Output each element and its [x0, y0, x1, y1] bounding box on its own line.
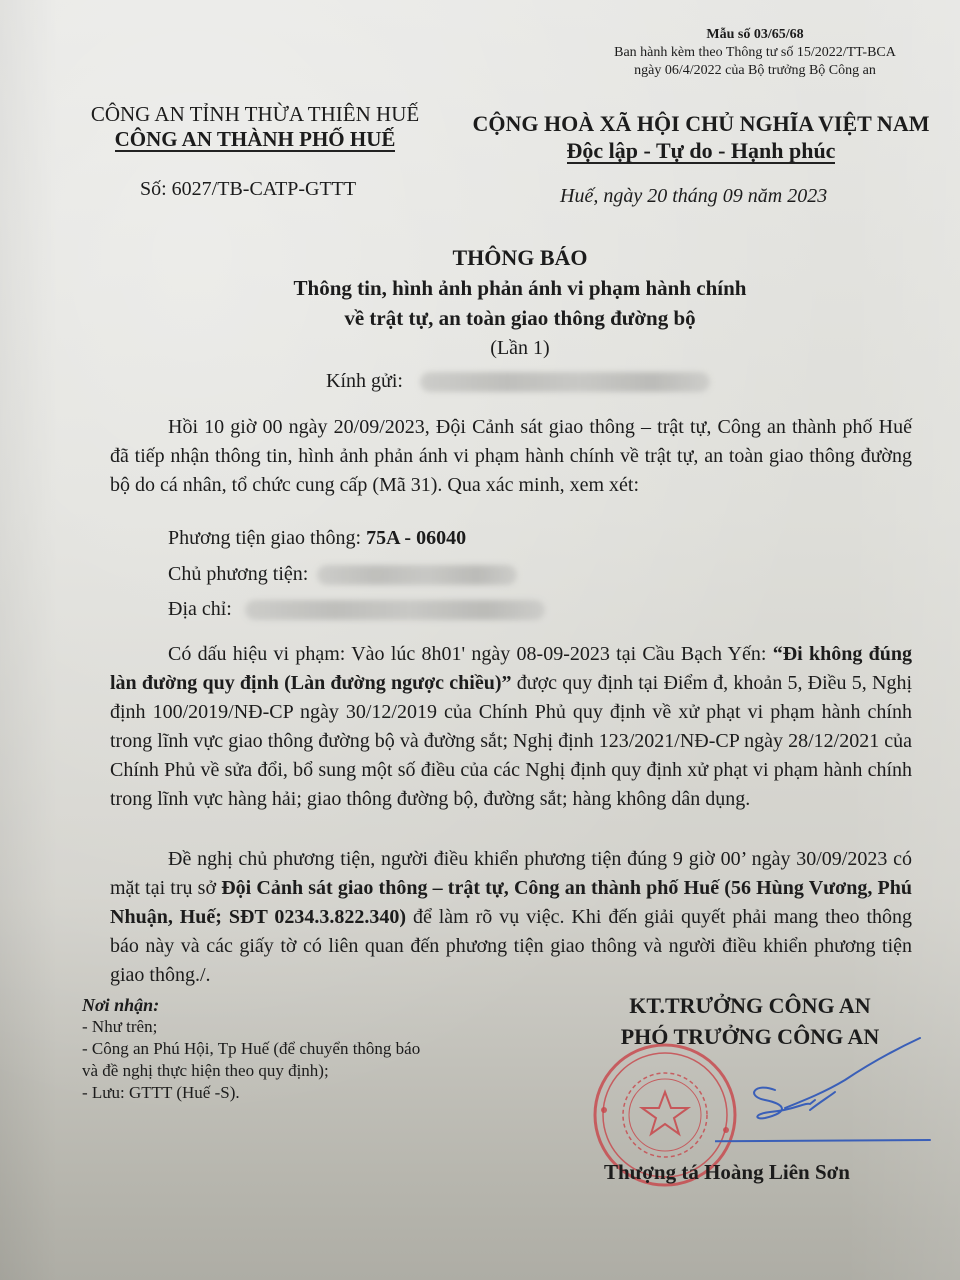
title-line2: về trật tự, an toàn giao thông đường bộ	[200, 303, 840, 333]
recipient-label: Kính gửi:	[326, 370, 403, 392]
paragraph-request: Đề nghị chủ phương tiện, người điều khiể…	[110, 845, 912, 990]
recipients-item: - Lưu: GTTT (Huế -S).	[82, 1082, 420, 1104]
country-name: CỘNG HOÀ XÃ HỘI CHỦ NGHĨA VIỆT NAM	[462, 110, 940, 137]
paragraph-intro: Hồi 10 giờ 00 ngày 20/09/2023, Đội Cảnh …	[110, 413, 912, 500]
signer-name: Thượng tá Hoàng Liên Sơn	[604, 1160, 850, 1185]
national-header: CỘNG HOÀ XÃ HỘI CHỦ NGHĨA VIỆT NAM Độc l…	[462, 110, 940, 164]
address-field: Địa chỉ:	[168, 598, 545, 621]
address-label: Địa chỉ:	[168, 598, 232, 620]
handwritten-signature-icon	[715, 1030, 935, 1160]
recipients-block: Nơi nhận: - Như trên; - Công an Phú Hội,…	[82, 994, 420, 1104]
vehicle-plate: 75A - 06040	[366, 527, 466, 549]
owner-redacted	[317, 565, 517, 585]
paragraph-violation: Có dấu hiệu vi phạm: Vào lúc 8h01' ngày …	[110, 640, 912, 814]
signature-line1: KT.TRƯỞNG CÔNG AN	[560, 990, 940, 1021]
recipients-heading: Nơi nhận:	[82, 994, 420, 1016]
recipients-item: - Công an Phú Hội, Tp Huế (để chuyển thô…	[82, 1038, 420, 1060]
vehicle-field: Phương tiện giao thông: 75A - 06040	[168, 527, 466, 550]
document-number: Số: 6027/TB-CATP-GTTT	[140, 178, 356, 201]
form-issued-with: Ban hành kèm theo Thông tư số 15/2022/TT…	[600, 44, 910, 62]
title-attempt: (Lần 1)	[200, 333, 840, 363]
violation-intro: Có dấu hiệu vi phạm: Vào lúc 8h01' ngày …	[168, 643, 773, 665]
national-motto: Độc lập - Tự do - Hạnh phúc	[567, 139, 836, 164]
title-heading: THÔNG BÁO	[200, 243, 840, 273]
form-reference: Mẫu số 03/65/68 Ban hành kèm theo Thông …	[600, 26, 910, 80]
place-date: Huế, ngày 20 tháng 09 năm 2023	[560, 185, 827, 208]
vehicle-label: Phương tiện giao thông:	[168, 527, 361, 549]
document-title: THÔNG BÁO Thông tin, hình ảnh phản ánh v…	[200, 243, 840, 363]
owner-label: Chủ phương tiện:	[168, 563, 308, 585]
recipient-redacted	[420, 372, 710, 392]
agency-header: CÔNG AN TỈNH THỪA THIÊN HUẾ CÔNG AN THÀN…	[60, 102, 450, 152]
form-number: Mẫu số 03/65/68	[600, 26, 910, 44]
title-line1: Thông tin, hình ảnh phản ánh vi phạm hàn…	[200, 273, 840, 303]
owner-field: Chủ phương tiện:	[168, 563, 517, 586]
recipients-item: và đề nghị thực hiện theo quy định);	[82, 1060, 420, 1082]
recipient-line: Kính gửi:	[326, 370, 710, 393]
agency-parent: CÔNG AN TỈNH THỪA THIÊN HUẾ	[60, 102, 450, 127]
address-redacted	[245, 600, 545, 620]
recipients-item: - Như trên;	[82, 1016, 420, 1038]
form-issued-by: ngày 06/4/2022 của Bộ trưởng Bộ Công an	[600, 62, 910, 80]
agency-unit: CÔNG AN THÀNH PHỐ HUẾ	[115, 128, 396, 152]
